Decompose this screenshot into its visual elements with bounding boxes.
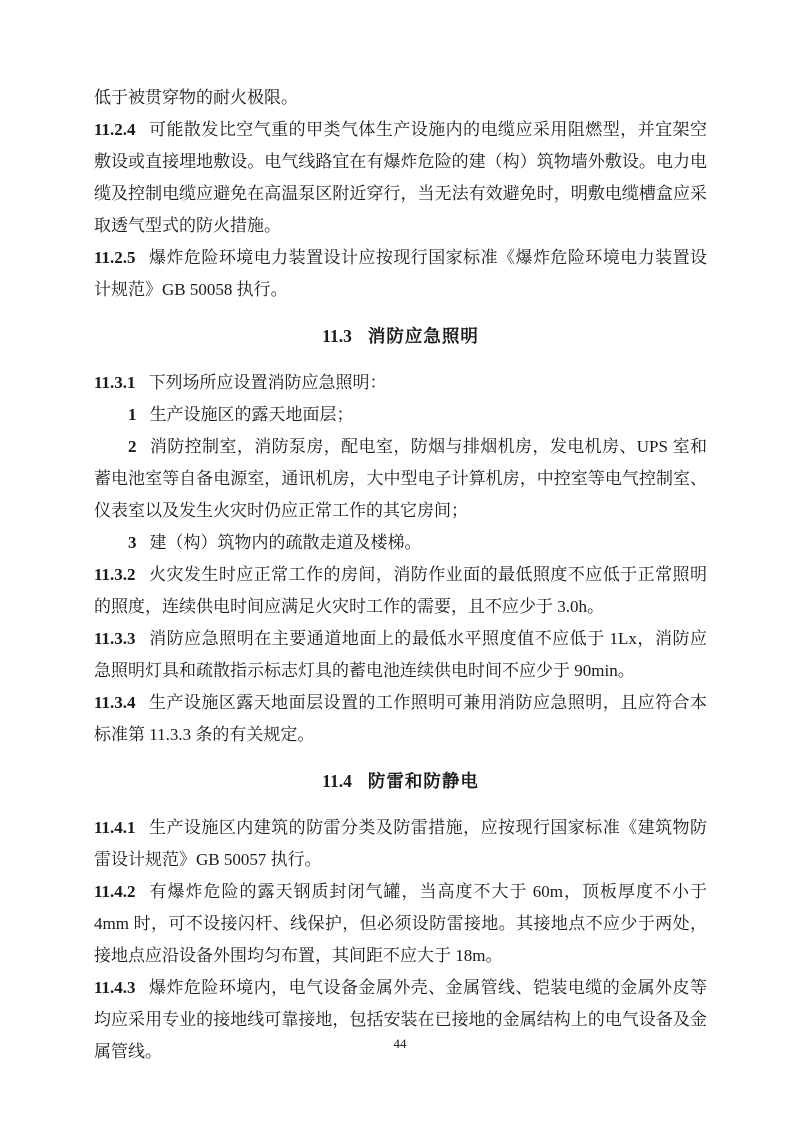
page-content: 低于被贯穿物的耐火极限。 11.2.4可能散发比空气重的甲类气体生产设施内的电缆… xyxy=(94,82,707,1068)
clause-number: 11.4.3 xyxy=(94,978,136,997)
clause-11-3-1: 11.3.1下列场所应设置消防应急照明： xyxy=(94,367,707,399)
clause-text: 下列场所应设置消防应急照明： xyxy=(149,373,387,392)
section-title: 防雷和防静电 xyxy=(368,771,479,791)
document-page: 低于被贯穿物的耐火极限。 11.2.4可能散发比空气重的甲类气体生产设施内的电缆… xyxy=(0,0,800,1131)
clause-number: 11.2.5 xyxy=(94,248,136,267)
clause-text: 生产设施区露天地面层设置的工作照明可兼用消防应急照明，且应符合本标准第 11.3… xyxy=(94,693,707,744)
clause-11-3-3: 11.3.3消防应急照明在主要通道地面上的最低水平照度值不应低于 1Lx，消防应… xyxy=(94,623,707,687)
list-item-1: 1生产设施区的露天地面层； xyxy=(94,399,707,431)
section-number: 11.4 xyxy=(322,771,352,791)
paragraph-continuation: 低于被贯穿物的耐火极限。 xyxy=(94,82,707,114)
clause-11-4-3: 11.4.3爆炸危险环境内，电气设备金属外壳、金属管线、铠装电缆的金属外皮等均应… xyxy=(94,972,707,1068)
list-item-text: 建（构）筑物内的疏散走道及楼梯。 xyxy=(150,533,422,552)
clause-number: 11.3.4 xyxy=(94,693,136,712)
list-item-3: 3建（构）筑物内的疏散走道及楼梯。 xyxy=(94,527,707,559)
list-item-number: 1 xyxy=(128,405,137,424)
clause-text: 可能散发比空气重的甲类气体生产设施内的电缆应采用阻燃型，并宜架空敷设或直接埋地敷… xyxy=(94,120,707,235)
clause-text: 爆炸危险环境电力装置设计应按现行国家标准《爆炸危险环境电力装置设计规范》GB 5… xyxy=(94,248,707,299)
clause-text: 有爆炸危险的露天钢质封闭气罐，当高度不大于 60m，顶板厚度不小于 4mm 时，… xyxy=(94,882,707,965)
list-item-number: 3 xyxy=(128,533,137,552)
page-number: 44 xyxy=(0,1036,800,1052)
list-item-text: 消防控制室，消防泵房，配电室，防烟与排烟机房，发电机房、UPS 室和蓄电池室等自… xyxy=(94,437,707,520)
clause-number: 11.3.1 xyxy=(94,373,136,392)
clause-number: 11.4.2 xyxy=(94,882,136,901)
clause-11-2-4: 11.2.4可能散发比空气重的甲类气体生产设施内的电缆应采用阻燃型，并宜架空敷设… xyxy=(94,114,707,242)
clause-11-4-1: 11.4.1生产设施区内建筑的防雷分类及防雷措施，应按现行国家标准《建筑物防雷设… xyxy=(94,812,707,876)
clause-11-4-2: 11.4.2有爆炸危险的露天钢质封闭气罐，当高度不大于 60m，顶板厚度不小于 … xyxy=(94,876,707,972)
section-title: 消防应急照明 xyxy=(368,326,479,346)
section-heading-11-3: 11.3消防应急照明 xyxy=(94,320,707,352)
list-item-text: 生产设施区的露天地面层； xyxy=(150,405,354,424)
clause-text: 生产设施区内建筑的防雷分类及防雷措施，应按现行国家标准《建筑物防雷设计规范》GB… xyxy=(94,818,707,869)
clause-11-3-2: 11.3.2火灾发生时应正常工作的房间，消防作业面的最低照度不应低于正常照明的照… xyxy=(94,559,707,623)
clause-text: 火灾发生时应正常工作的房间，消防作业面的最低照度不应低于正常照明的照度，连续供电… xyxy=(94,565,707,616)
list-item-2: 2消防控制室，消防泵房，配电室，防烟与排烟机房，发电机房、UPS 室和蓄电池室等… xyxy=(94,431,707,527)
clause-11-3-4: 11.3.4生产设施区露天地面层设置的工作照明可兼用消防应急照明，且应符合本标准… xyxy=(94,687,707,751)
clause-text: 消防应急照明在主要通道地面上的最低水平照度值不应低于 1Lx，消防应急照明灯具和… xyxy=(94,629,707,680)
section-number: 11.3 xyxy=(322,326,352,346)
list-item-number: 2 xyxy=(128,437,137,456)
clause-number: 11.3.3 xyxy=(94,629,136,648)
clause-number: 11.3.2 xyxy=(94,565,136,584)
clause-11-2-5: 11.2.5爆炸危险环境电力装置设计应按现行国家标准《爆炸危险环境电力装置设计规… xyxy=(94,242,707,306)
clause-number: 11.2.4 xyxy=(94,120,136,139)
section-heading-11-4: 11.4防雷和防静电 xyxy=(94,765,707,797)
clause-number: 11.4.1 xyxy=(94,818,136,837)
